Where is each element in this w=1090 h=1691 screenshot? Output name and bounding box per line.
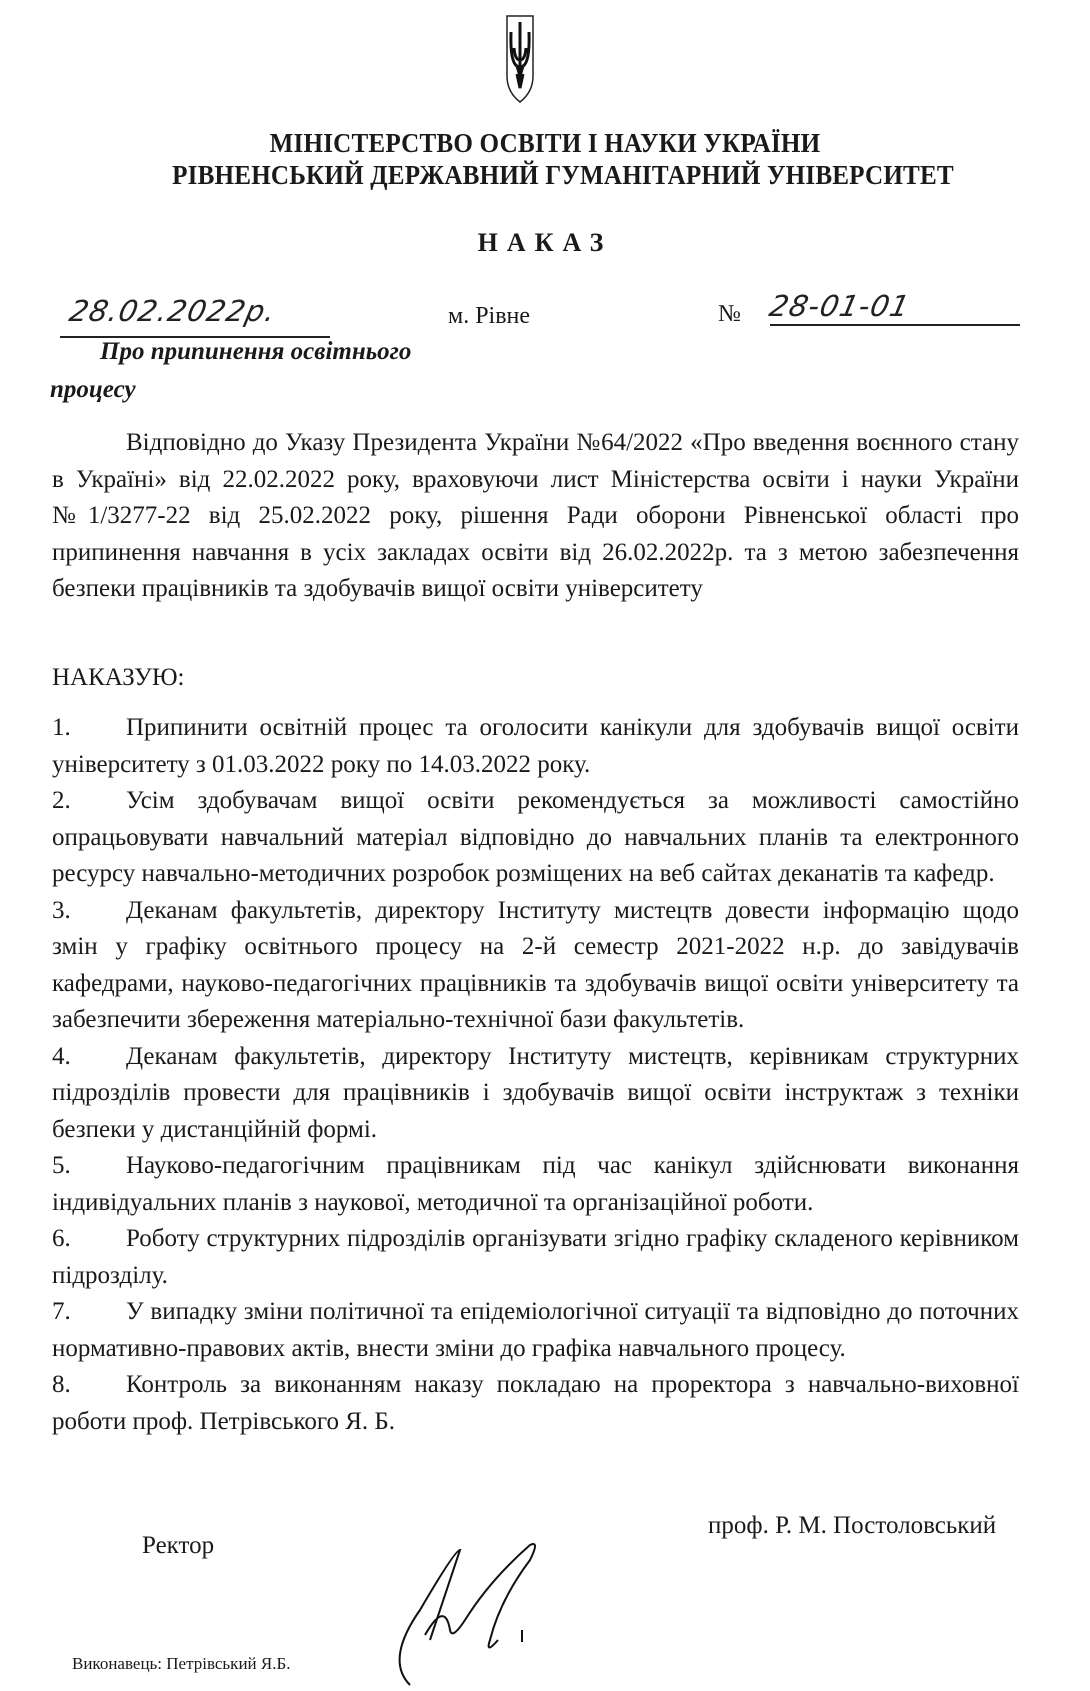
preamble-paragraph: Відповідно до Указу Президента України №… [52,425,1019,608]
order-number: 28-01-01 [766,289,913,323]
item-number: 7. [52,1294,126,1331]
university-heading: РІВНЕНСЬКИЙ ДЕРЖАВНИЙ ГУМАНІТАРНИЙ УНІВЕ… [56,160,1070,191]
number-sign: № [718,301,741,328]
signatory-title: Ректор [142,1532,214,1560]
order-item-5: 5.Науково-педагогічним працівникам під ч… [52,1148,1019,1221]
order-subject-line-2: процесу [50,376,136,404]
executor-note: Виконавець: Петрівський Я.Б. [72,1654,291,1674]
order-item-1: 1.Припинити освітній процес та оголосити… [52,710,1019,783]
city-label: м. Рівне [448,303,530,330]
order-item-7: 7.У випадку зміни політичної та епідеміо… [52,1294,1019,1367]
item-number: 4. [52,1039,126,1076]
order-item-2: 2.Усім здобувачам вищої освіти рекоменду… [52,783,1019,893]
document-type-title: НАКАЗ [0,228,1090,258]
order-date: 28.02.2022р. [66,294,279,328]
item-text: Припинити освітній процес та оголосити к… [52,714,1019,778]
signatory-name: проф. Р. М. Постоловський [708,1512,996,1540]
order-subject-line-1: Про припинення освітнього [100,338,411,366]
order-item-8: 8.Контроль за виконанням наказу покладаю… [52,1367,1019,1440]
item-number: 3. [52,893,126,930]
order-items-list: 1.Припинити освітній процес та оголосити… [52,710,1019,1440]
item-number: 1. [52,710,126,747]
item-number: 6. [52,1221,126,1258]
item-number: 8. [52,1367,126,1404]
order-item-4: 4.Деканам факультетів, директору Інститу… [52,1039,1019,1149]
item-text: Деканам факультетів, директору Інституту… [52,897,1019,1034]
item-text: Деканам факультетів, директору Інституту… [52,1043,1019,1143]
item-text: Усім здобувачам вищої освіти рекомендуєт… [52,787,1019,887]
item-text: Науково-педагогічним працівникам під час… [52,1152,1019,1216]
number-underline [770,324,1020,326]
item-text: Контроль за виконанням наказу покладаю н… [52,1371,1019,1435]
item-text: Роботу структурних підрозділів організув… [52,1225,1019,1289]
handwritten-signature-icon [380,1540,590,1690]
order-item-6: 6.Роботу структурних підрозділів організ… [52,1221,1019,1294]
ministry-heading: МІНІСТЕРСТВО ОСВІТИ І НАУКИ УКРАЇНИ [38,128,1052,159]
order-directive-word: НАКАЗУЮ: [52,664,184,692]
trident-emblem-icon [505,14,535,104]
item-number: 5. [52,1148,126,1185]
order-item-3: 3.Деканам факультетів, директору Інститу… [52,893,1019,1039]
item-text: У випадку зміни політичної та епідеміоло… [52,1298,1019,1362]
item-number: 2. [52,783,126,820]
